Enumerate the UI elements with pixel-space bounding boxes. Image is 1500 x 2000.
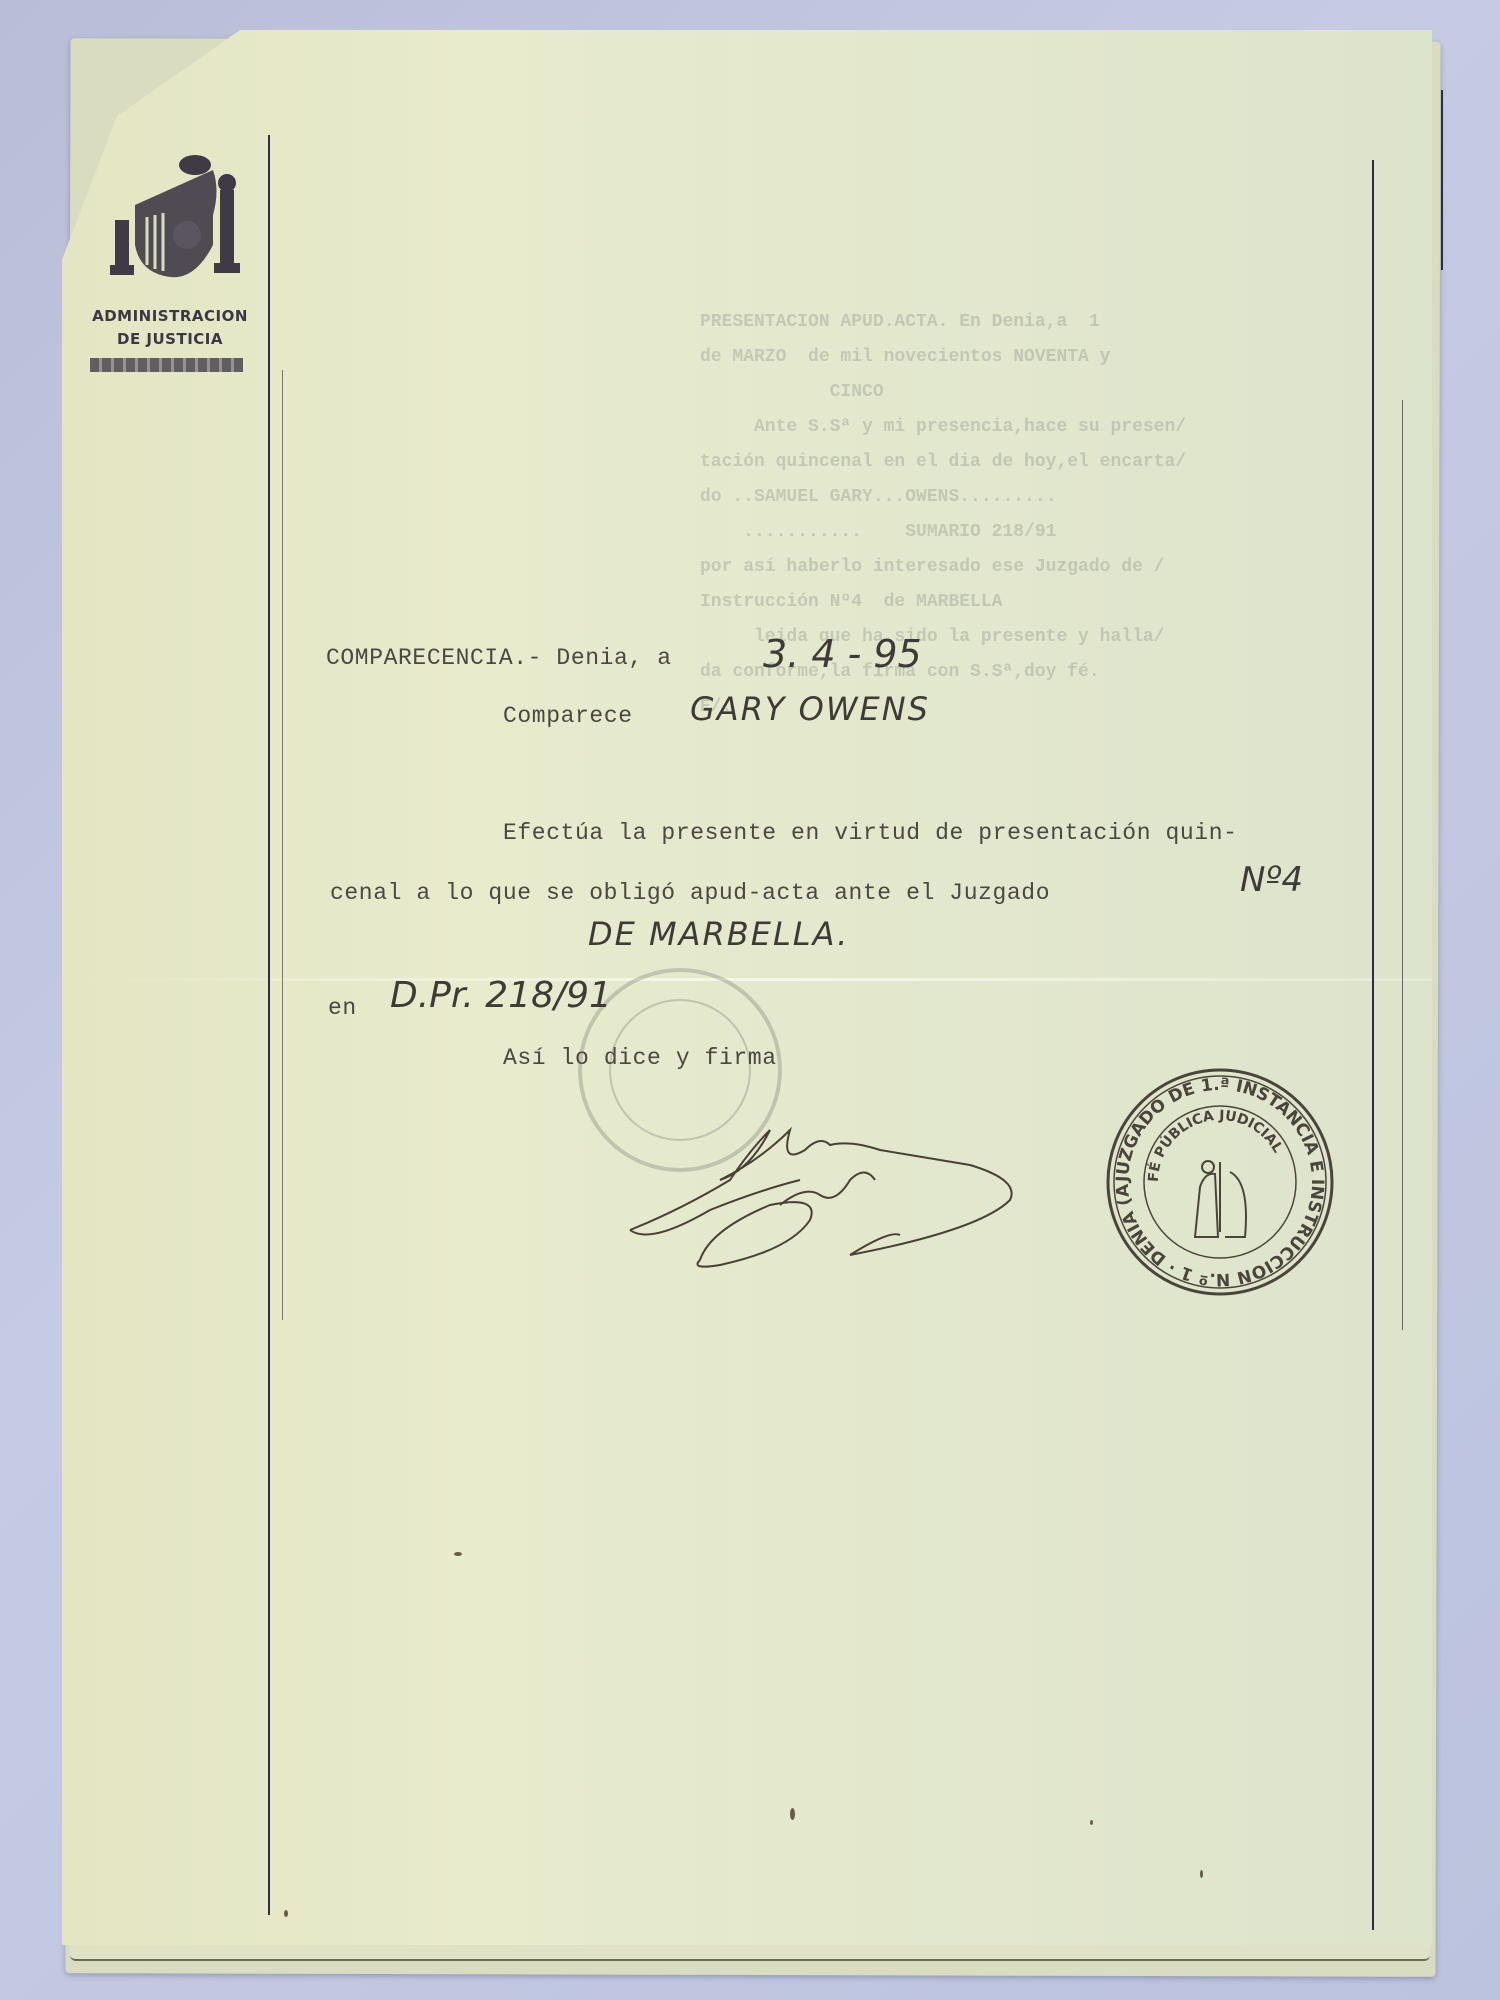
- paper-speck: [454, 1552, 462, 1556]
- bleed-through-line: ........... SUMARIO 218/91: [700, 515, 1186, 550]
- paper-speck: [790, 1808, 795, 1820]
- bleed-through-line: CINCO: [700, 375, 1186, 410]
- bleed-through-line: PRESENTACION APUD.ACTA. En Denia,a 1: [700, 305, 1186, 340]
- right-margin-rule: [1372, 160, 1374, 1930]
- closing-text: Así lo dice y firma: [503, 1045, 777, 1071]
- svg-text:FÉ PÚBLICA JUDICIAL: FÉ PÚBLICA JUDICIAL: [1146, 1108, 1286, 1182]
- signature: [620, 1110, 1060, 1280]
- letterhead-bar: [90, 358, 243, 372]
- handwritten-date: 3. 4 - 95: [763, 632, 922, 676]
- bleed-through-line: por así haberlo interesado ese Juzgado d…: [700, 550, 1186, 585]
- stamp-inner-text: FÉ PÚBLICA JUDICIAL: [1146, 1108, 1286, 1182]
- spanish-coat-of-arms-icon: [95, 145, 250, 285]
- court-seal-stamp: JUZGADO DE 1.ª INSTANCIA E INSTRUCCION N…: [1100, 1062, 1340, 1302]
- left-inner-rule: [282, 370, 283, 1320]
- bleed-through-line: Ante S.Sª y mi presencia,hace su presen/: [700, 410, 1186, 445]
- paper-speck: [1090, 1820, 1093, 1825]
- right-inner-rule: [1402, 400, 1403, 1330]
- en-label: en: [328, 995, 357, 1021]
- left-margin-rule: [268, 135, 270, 1915]
- heading-comparecencia: COMPARECENCIA.- Denia, a: [326, 645, 672, 671]
- paper-speck: [284, 1910, 288, 1917]
- handwritten-name: GARY OWENS: [690, 690, 930, 728]
- bleed-through-line: do ..SAMUEL GARY...OWENS.........: [700, 480, 1186, 515]
- letterhead-line-2: DE JUSTICIA: [85, 328, 255, 351]
- comparece-label: Comparece: [503, 703, 633, 729]
- handwritten-case-ref: D.Pr. 218/91: [390, 975, 612, 1016]
- handwritten-court-number: Nº4: [1240, 860, 1303, 900]
- bleed-through-line: tación quincenal en el dia de hoy,el enc…: [700, 445, 1186, 480]
- right-edge-rule: [1441, 90, 1443, 270]
- stamp-emblem-icon: [1195, 1161, 1246, 1237]
- paragraph-line-1: Efectúa la presente en virtud de present…: [503, 820, 1238, 846]
- bleed-through-line: de MARZO de mil novecientos NOVENTA y: [700, 340, 1186, 375]
- letterhead-title: ADMINISTRACION DE JUSTICIA: [85, 305, 255, 351]
- bleed-through-line: Instrucción Nº4 de MARBELLA: [700, 585, 1186, 620]
- paper-speck: [1200, 1870, 1203, 1878]
- paragraph-line-2: cenal a lo que se obligó apud-acta ante …: [330, 880, 1050, 906]
- handwritten-court-place: DE MARBELLA.: [588, 915, 849, 953]
- letterhead-line-1: ADMINISTRACION: [85, 305, 255, 328]
